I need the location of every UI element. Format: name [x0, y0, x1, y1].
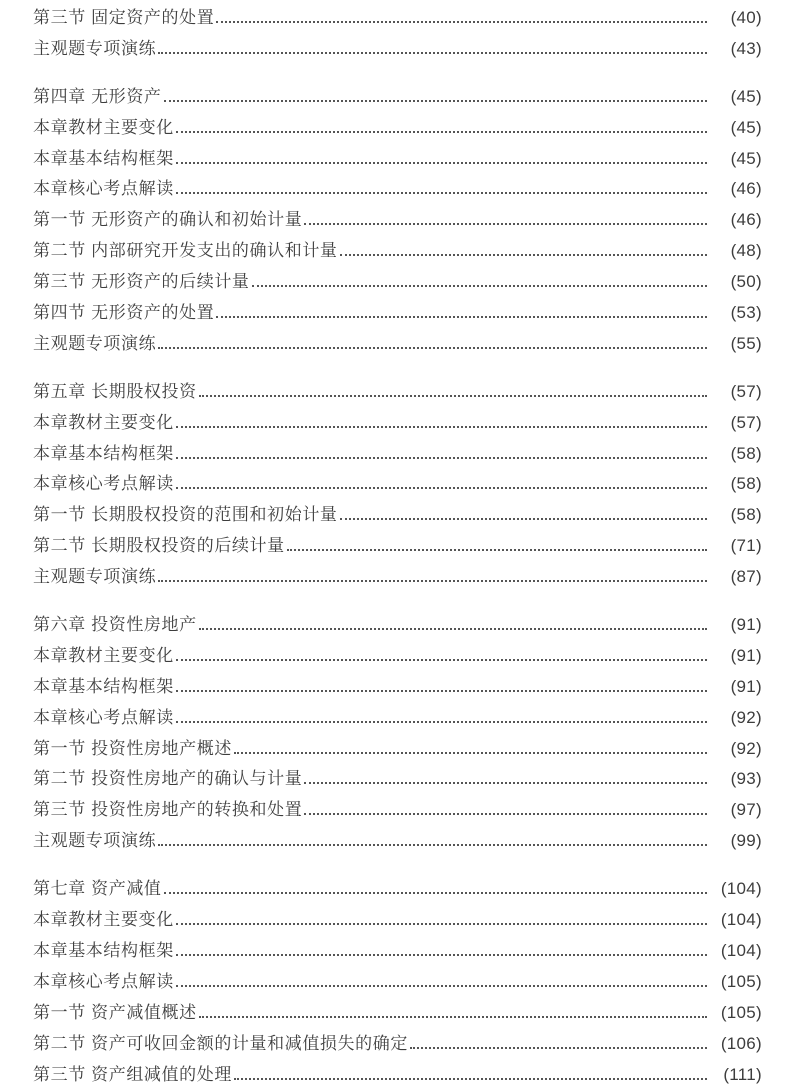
- toc-entry-title: 主观题专项演练: [33, 34, 156, 65]
- toc-entry: 第六章 投资性房地产 (91): [33, 610, 762, 641]
- toc-entry: 本章教材主要变化 (57): [33, 408, 762, 439]
- toc-entry: 第四节 无形资产的处置 (53): [33, 298, 762, 329]
- toc-entry-title: 本章核心考点解读: [33, 469, 174, 500]
- toc-entry: 第一节 无形资产的确认和初始计量 (46): [33, 205, 762, 236]
- toc-entry-page: (58): [716, 439, 762, 470]
- toc-entry-title: 本章核心考点解读: [33, 967, 174, 998]
- toc-entry-page: (111): [716, 1060, 762, 1085]
- toc-entry: 本章基本结构框架 (58): [33, 439, 762, 470]
- toc-entry-page: (91): [716, 672, 762, 703]
- toc-entry-page: (71): [716, 531, 762, 562]
- toc-entry-title: 本章基本结构框架: [33, 936, 174, 967]
- toc-entry-title: 第四章 无形资产: [33, 82, 162, 113]
- toc-entry-title: 第二节 长期股权投资的后续计量: [33, 531, 285, 562]
- dot-leader: [164, 892, 707, 894]
- toc-entry: 第五章 长期股权投资 (57): [33, 377, 762, 408]
- toc-entry-page: (104): [716, 905, 762, 936]
- toc-entry: 本章核心考点解读 (46): [33, 174, 762, 205]
- dot-leader: [176, 131, 707, 133]
- toc-entry-title: 本章核心考点解读: [33, 703, 174, 734]
- toc-entry: 本章教材主要变化 (91): [33, 641, 762, 672]
- toc-entry: 主观题专项演练 (99): [33, 826, 762, 857]
- toc-entry-title: 第五章 长期股权投资: [33, 377, 197, 408]
- toc-entry-page: (57): [716, 408, 762, 439]
- toc-entry-page: (57): [716, 377, 762, 408]
- toc-entry-title: 第四节 无形资产的处置: [33, 298, 214, 329]
- toc-entry-page: (46): [716, 174, 762, 205]
- dot-leader: [340, 254, 707, 256]
- toc-entry-page: (43): [716, 34, 762, 65]
- dot-leader: [216, 21, 707, 23]
- dot-leader: [216, 316, 707, 318]
- toc-page: 第三节 固定资产的处置 (40) 主观题专项演练 (43) 第四章 无形资产 (…: [0, 0, 790, 1085]
- toc-entry-title: 主观题专项演练: [33, 562, 156, 593]
- toc-entry-title: 本章核心考点解读: [33, 174, 174, 205]
- dot-leader: [234, 752, 707, 754]
- toc-entry-page: (92): [716, 703, 762, 734]
- toc-entry-page: (50): [716, 267, 762, 298]
- dot-leader: [176, 985, 707, 987]
- toc-entry-title: 第二节 资产可收回金额的计量和减值损失的确定: [33, 1029, 408, 1060]
- toc-entry-title: 第七章 资产减值: [33, 874, 162, 905]
- toc-entry-title: 本章基本结构框架: [33, 144, 174, 175]
- toc-list: 第三节 固定资产的处置 (40) 主观题专项演练 (43) 第四章 无形资产 (…: [33, 3, 762, 1085]
- dot-leader: [176, 690, 707, 692]
- toc-entry: 主观题专项演练 (43): [33, 34, 762, 65]
- toc-entry: 本章教材主要变化 (104): [33, 905, 762, 936]
- toc-entry: 本章基本结构框架 (91): [33, 672, 762, 703]
- toc-entry: 第一节 投资性房地产概述 (92): [33, 734, 762, 765]
- toc-entry-page: (46): [716, 205, 762, 236]
- toc-entry-page: (45): [716, 113, 762, 144]
- toc-entry: 本章基本结构框架 (45): [33, 144, 762, 175]
- toc-entry: 本章教材主要变化 (45): [33, 113, 762, 144]
- toc-entry: 本章核心考点解读 (58): [33, 469, 762, 500]
- dot-leader: [199, 395, 707, 397]
- dot-leader: [164, 100, 707, 102]
- toc-entry-title: 主观题专项演练: [33, 329, 156, 360]
- dot-leader: [176, 659, 707, 661]
- dot-leader: [199, 1016, 707, 1018]
- toc-entry-page: (105): [716, 998, 762, 1029]
- toc-entry: 第四章 无形资产 (45): [33, 82, 762, 113]
- toc-entry-page: (91): [716, 610, 762, 641]
- toc-entry-title: 第三节 资产组减值的处理: [33, 1060, 232, 1085]
- toc-entry-page: (58): [716, 469, 762, 500]
- toc-entry-title: 第一节 长期股权投资的范围和初始计量: [33, 500, 338, 531]
- toc-entry-page: (104): [716, 874, 762, 905]
- dot-leader: [176, 457, 707, 459]
- dot-leader: [304, 223, 707, 225]
- toc-entry: 第一节 长期股权投资的范围和初始计量 (58): [33, 500, 762, 531]
- toc-entry-title: 第三节 无形资产的后续计量: [33, 267, 250, 298]
- dot-leader: [158, 580, 707, 582]
- toc-entry-title: 第三节 固定资产的处置: [33, 3, 214, 34]
- toc-entry-title: 第六章 投资性房地产: [33, 610, 197, 641]
- toc-entry-page: (53): [716, 298, 762, 329]
- toc-entry-page: (45): [716, 144, 762, 175]
- toc-entry-title: 第二节 投资性房地产的确认与计量: [33, 764, 302, 795]
- toc-entry-page: (104): [716, 936, 762, 967]
- toc-entry-title: 主观题专项演练: [33, 826, 156, 857]
- dot-leader: [158, 52, 707, 54]
- toc-entry-title: 本章教材主要变化: [33, 641, 174, 672]
- toc-entry-page: (93): [716, 764, 762, 795]
- toc-entry: 第二节 投资性房地产的确认与计量 (93): [33, 764, 762, 795]
- toc-entry: 第三节 无形资产的后续计量 (50): [33, 267, 762, 298]
- toc-entry-title: 第一节 资产减值概述: [33, 998, 197, 1029]
- toc-entry: 第三节 资产组减值的处理 (111): [33, 1060, 762, 1085]
- toc-entry: 第二节 资产可收回金额的计量和减值损失的确定 (106): [33, 1029, 762, 1060]
- toc-entry: 第二节 内部研究开发支出的确认和计量 (48): [33, 236, 762, 267]
- dot-leader: [158, 844, 707, 846]
- dot-leader: [304, 782, 707, 784]
- dot-leader: [340, 518, 707, 520]
- toc-entry: 本章核心考点解读 (105): [33, 967, 762, 998]
- toc-entry: 第三节 投资性房地产的转换和处置 (97): [33, 795, 762, 826]
- toc-entry-page: (87): [716, 562, 762, 593]
- dot-leader: [176, 923, 707, 925]
- toc-entry-page: (97): [716, 795, 762, 826]
- toc-entry-title: 本章基本结构框架: [33, 439, 174, 470]
- toc-entry-title: 第二节 内部研究开发支出的确认和计量: [33, 236, 338, 267]
- toc-entry-page: (58): [716, 500, 762, 531]
- dot-leader: [304, 813, 707, 815]
- dot-leader: [252, 285, 707, 287]
- toc-entry-title: 本章教材主要变化: [33, 408, 174, 439]
- toc-entry-page: (105): [716, 967, 762, 998]
- toc-entry-title: 本章基本结构框架: [33, 672, 174, 703]
- toc-entry-title: 第一节 无形资产的确认和初始计量: [33, 205, 302, 236]
- toc-entry: 主观题专项演练 (55): [33, 329, 762, 360]
- dot-leader: [176, 426, 707, 428]
- dot-leader: [287, 549, 707, 551]
- toc-entry: 主观题专项演练 (87): [33, 562, 762, 593]
- dot-leader: [234, 1078, 707, 1080]
- dot-leader: [410, 1047, 707, 1049]
- dot-leader: [176, 487, 707, 489]
- dot-leader: [176, 721, 707, 723]
- toc-entry-title: 第一节 投资性房地产概述: [33, 734, 232, 765]
- toc-entry: 第三节 固定资产的处置 (40): [33, 3, 762, 34]
- dot-leader: [176, 192, 707, 194]
- toc-entry-page: (91): [716, 641, 762, 672]
- toc-entry: 第二节 长期股权投资的后续计量 (71): [33, 531, 762, 562]
- dot-leader: [199, 628, 707, 630]
- toc-entry: 本章核心考点解读 (92): [33, 703, 762, 734]
- toc-entry-page: (106): [716, 1029, 762, 1060]
- toc-entry-page: (92): [716, 734, 762, 765]
- toc-entry-page: (45): [716, 82, 762, 113]
- toc-entry: 第一节 资产减值概述 (105): [33, 998, 762, 1029]
- toc-entry-title: 第三节 投资性房地产的转换和处置: [33, 795, 302, 826]
- dot-leader: [158, 347, 707, 349]
- toc-entry-page: (40): [716, 3, 762, 34]
- toc-entry: 本章基本结构框架 (104): [33, 936, 762, 967]
- toc-entry: 第七章 资产减值 (104): [33, 874, 762, 905]
- dot-leader: [176, 954, 707, 956]
- dot-leader: [176, 162, 707, 164]
- toc-entry-page: (99): [716, 826, 762, 857]
- toc-entry-page: (55): [716, 329, 762, 360]
- toc-entry-title: 本章教材主要变化: [33, 113, 174, 144]
- toc-entry-page: (48): [716, 236, 762, 267]
- toc-entry-title: 本章教材主要变化: [33, 905, 174, 936]
